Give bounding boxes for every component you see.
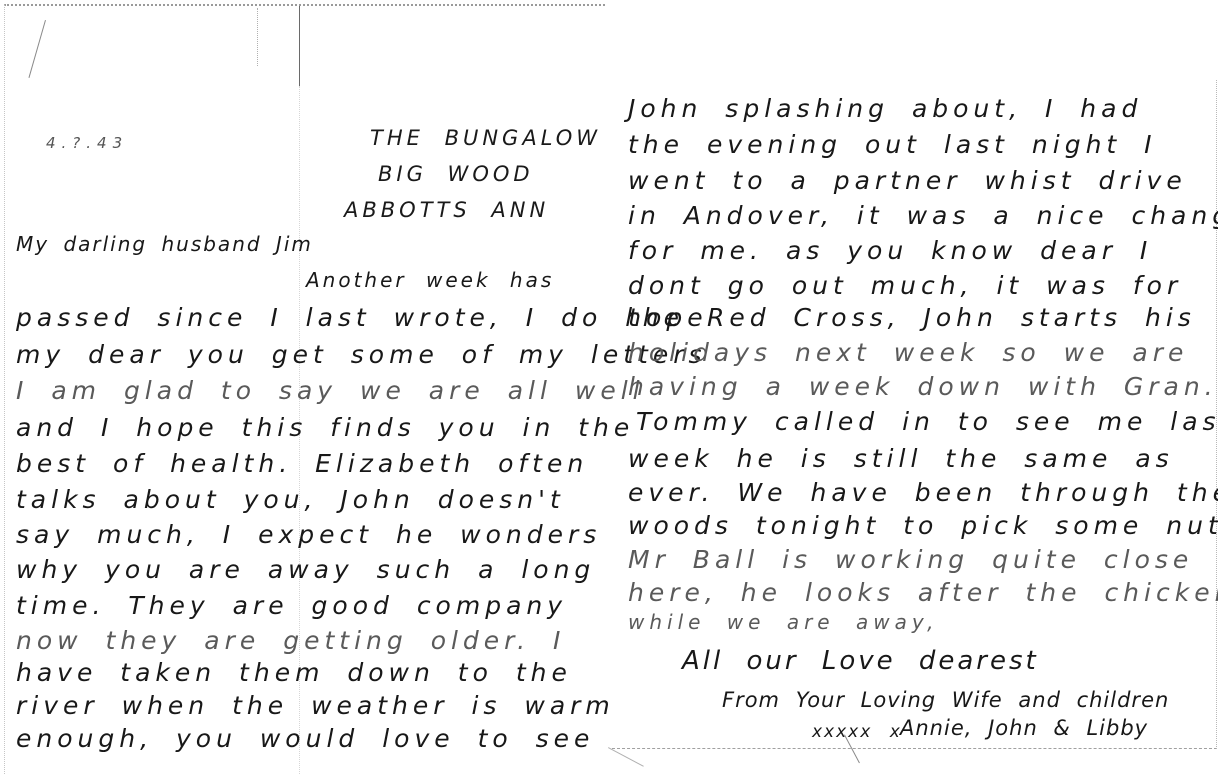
salutation: My darling husband Jim [16, 234, 313, 254]
left-line-3: my dear you get some of my letters [16, 342, 707, 367]
right-line-9: having a week down with Gran. [628, 374, 1218, 399]
paper-crease [28, 20, 45, 78]
left-line-13: river when the weather is warm [16, 693, 615, 718]
left-line-14: enough, you would love to see [16, 726, 594, 751]
letter-date: 4.?.43 [46, 136, 128, 151]
right-line-1: John splashing about, I had [628, 96, 1142, 121]
address-line-3: ABBOTTS ANN [344, 198, 549, 222]
right-line-4: in Andover, it was a nice change [628, 203, 1218, 228]
left-line-12: have taken them down to the [16, 660, 572, 685]
fold-line [299, 6, 300, 86]
left-line-5: and I hope this finds you in the [16, 415, 634, 440]
closing-kisses: xxxxx x [812, 724, 902, 741]
paper-edge [257, 8, 259, 66]
right-line-8: holidays next week so we are [628, 340, 1188, 365]
left-line-1: Another week has [306, 270, 554, 290]
paper-crease [608, 747, 644, 767]
right-line-12: ever. We have been through the [628, 480, 1218, 505]
right-line-11: week he is still the same as [628, 446, 1174, 471]
right-line-10: Tommy called in to see me last [636, 409, 1218, 434]
left-line-11: now they are getting older. I [16, 628, 565, 653]
right-line-13: woods tonight to pick some nuts, [628, 513, 1218, 538]
left-line-4: I am glad to say we are all well [16, 378, 645, 403]
right-line-7: the Red Cross, John starts his [628, 305, 1196, 330]
left-line-8: say much, I expect he wonders [16, 522, 601, 547]
right-line-3: went to a partner whist drive [628, 168, 1187, 193]
right-line-5: for me. as you know dear I [628, 238, 1152, 263]
closing-love-line: All our Love dearest [682, 648, 1039, 674]
closing-from-line: From Your Loving Wife and children [722, 690, 1169, 711]
closing-signatures: Annie, John & Libby [900, 718, 1148, 739]
right-line-15: here, he looks after the chicken, etc [628, 580, 1218, 605]
right-line-2: the evening out last night I [628, 132, 1157, 157]
address-line-1: THE BUNGALOW [370, 126, 601, 150]
right-line-6: dont go out much, it was for [628, 273, 1182, 298]
right-line-16: while we are away, [628, 612, 938, 632]
left-line-6: best of health. Elizabeth often [16, 451, 588, 476]
left-line-2: passed since I last wrote, I do hope [16, 305, 708, 330]
left-line-7: talks about you, John doesn't [16, 487, 565, 512]
right-line-14: Mr Ball is working quite close [628, 547, 1193, 572]
left-line-10: time. They are good company [16, 593, 567, 618]
address-line-2: BIG WOOD [378, 162, 534, 186]
left-line-9: why you are away such a long [16, 557, 595, 582]
